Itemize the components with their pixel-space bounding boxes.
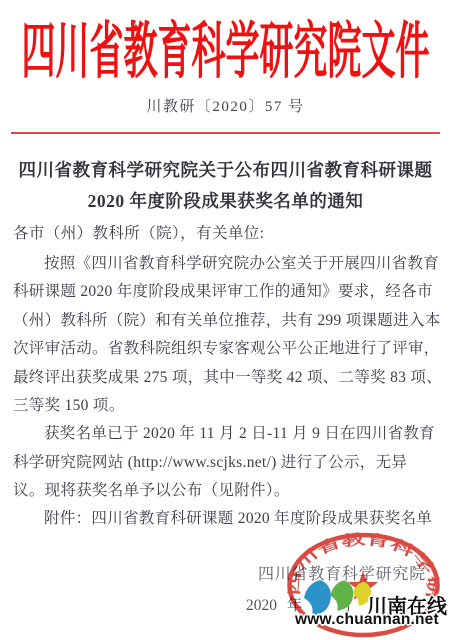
document-page: 四川省教育科学研究院文件 川教研〔2020〕57 号 四川省教育科学研究院关于公… <box>0 0 451 640</box>
logo-petal-blue <box>304 580 331 615</box>
body-line: 科研课题 2020 年度阶段成果评审工作的通知》要求，经各市 <box>13 278 443 306</box>
logo-petal-green <box>330 580 353 610</box>
salutation-line: 各市（州）教科所（院），有关单位: <box>13 221 264 243</box>
body-line: （州）教科所（院）和有关单位推荐，共有 299 项课题进入本 <box>13 307 443 335</box>
header-banner: 四川省教育科学研究院文件 <box>0 2 451 90</box>
watermark-site-url: www.chuannan.net <box>295 611 439 629</box>
body-line: 按照《四川省教育科学研究院办公室关于开展四川省教育 <box>13 250 443 278</box>
body-line: 获奖名单已于 2020 年 11 月 2 日-11 月 9 日在四川省教育 <box>13 420 443 448</box>
red-separator-line <box>11 132 440 134</box>
body-line: 三等奖 150 项。 <box>13 392 443 420</box>
body-line: 议。现将获奖名单予以公布（见附件）。 <box>13 477 443 505</box>
body-line: 次评审活动。省教科院组织专家客观公平公正地进行了评审， <box>13 335 443 363</box>
doc-number: 川教研〔2020〕57 号 <box>0 95 451 116</box>
body-paragraphs: 按照《四川省教育科学研究院办公室关于开展四川省教育 科研课题 2020 年度阶段… <box>13 250 443 506</box>
document-title-line2: 2020 年度阶段成果获奖名单的通知 <box>0 188 451 213</box>
document-title-line1: 四川省教育科学研究院关于公布四川省教育科研课题 <box>0 157 451 182</box>
body-line: 最终评出获奖成果 275 项，其中一等奖 42 项、二等奖 83 项、 <box>13 364 443 392</box>
attachment-line: 附件：四川省教育科研课题 2020 年度阶段成果获奖名单 <box>13 506 432 528</box>
body-line: 科学研究院网站 (http://www.scjks.net/) 进行了公示，无异 <box>13 449 443 477</box>
